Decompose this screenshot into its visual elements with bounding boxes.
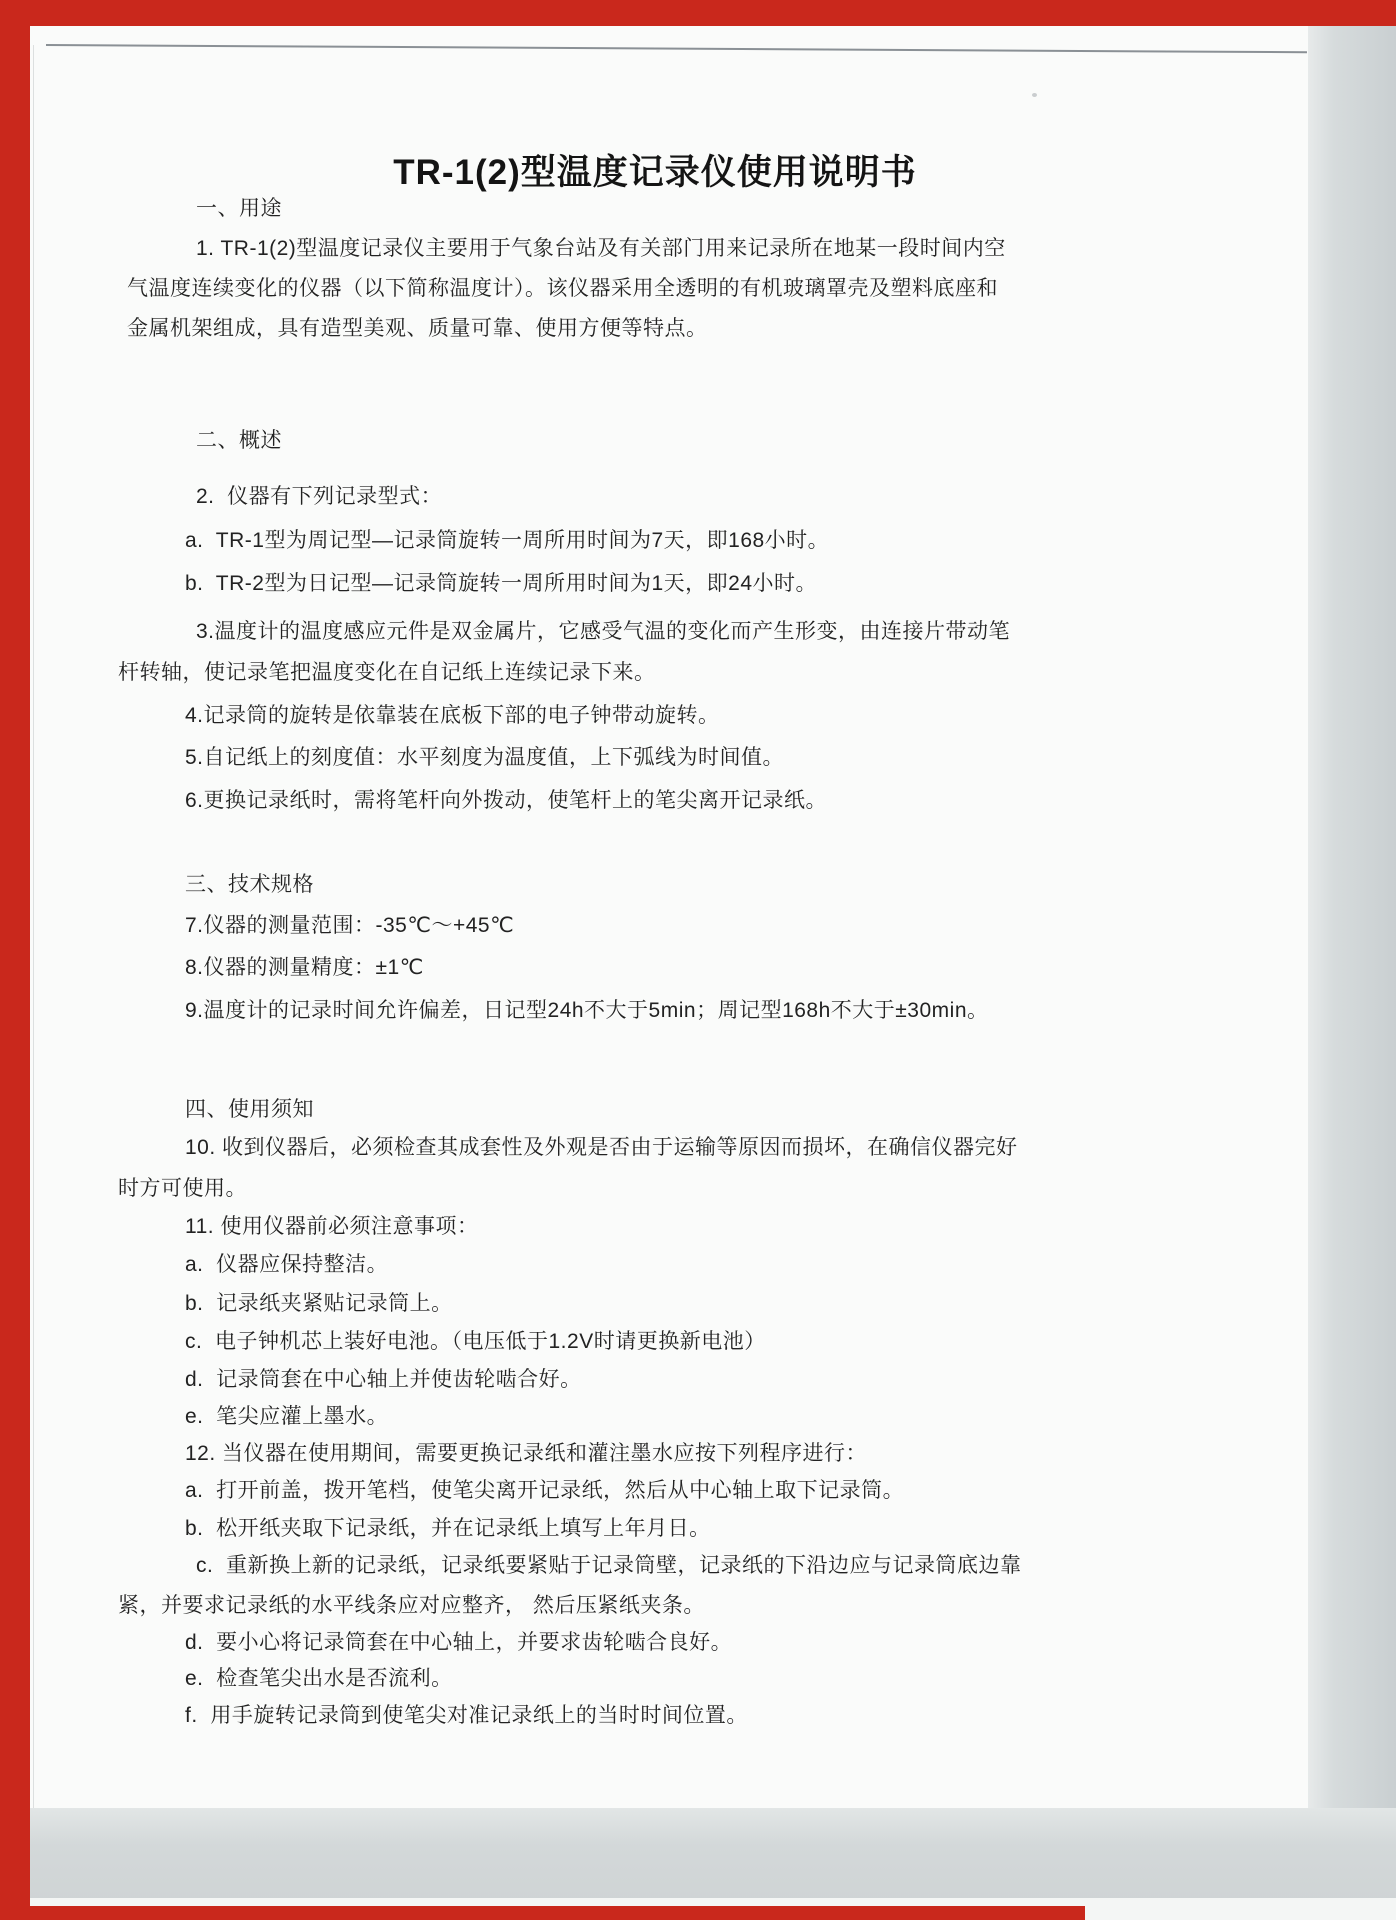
doc-line: e. 检查笔尖出水是否流利。 — [185, 1666, 453, 1692]
doc-line: 8.仪器的测量精度：±1℃ — [185, 955, 424, 981]
doc-line: f. 用手旋转记录筒到使笔尖对准记录纸上的当时时间位置。 — [185, 1703, 748, 1729]
scanned-document-page: TR-1(2)型温度记录仪使用说明书 一、用途 1. TR-1(2)型温度记录仪… — [0, 0, 1396, 1920]
paper-edge-line-left — [33, 45, 34, 1808]
doc-line: 12. 当仪器在使用期间，需要更换记录纸和灌注墨水应按下列程序进行： — [185, 1441, 867, 1467]
doc-line: a. TR-1型为周记型—记录筒旋转一周所用时间为7天，即168小时。 — [185, 528, 829, 554]
scan-red-edge-top — [0, 0, 1396, 26]
scan-red-edge-bottom — [0, 1906, 1085, 1920]
section-heading-overview: 二、概述 — [196, 428, 282, 454]
scanner-background-right — [1308, 0, 1396, 1920]
doc-line: 时方可使用。 — [118, 1176, 247, 1202]
doc-line: a. 打开前盖，拨开笔档，使笔尖离开记录纸，然后从中心轴上取下记录筒。 — [185, 1478, 904, 1504]
section-heading-specs: 三、技术规格 — [185, 872, 314, 898]
scanner-background-bottom — [0, 1808, 1396, 1902]
doc-line: b. TR-2型为日记型—记录筒旋转一周所用时间为1天，即24小时。 — [185, 571, 817, 597]
doc-line: 1. TR-1(2)型温度记录仪主要用于气象台站及有关部门用来记录所在地某一段时… — [196, 236, 1006, 262]
doc-line: 2. 仪器有下列记录型式： — [196, 484, 442, 510]
doc-line: c. 电子钟机芯上装好电池。（电压低于1.2V时请更换新电池） — [185, 1329, 766, 1355]
doc-line: 3.温度计的温度感应元件是双金属片，它感受气温的变化而产生形变，由连接片带动笔 — [196, 619, 1010, 645]
section-heading-notes: 四、使用须知 — [185, 1097, 314, 1123]
doc-line: a. 仪器应保持整洁。 — [185, 1252, 388, 1278]
doc-line: e. 笔尖应灌上墨水。 — [185, 1404, 388, 1430]
doc-line: 6.更换记录纸时，需将笔杆向外拨动，使笔杆上的笔尖离开记录纸。 — [185, 788, 827, 814]
doc-line: 4.记录筒的旋转是依靠装在底板下部的电子钟带动旋转。 — [185, 703, 720, 729]
doc-line: b. 记录纸夹紧贴记录筒上。 — [185, 1291, 453, 1317]
doc-line: b. 松开纸夹取下记录纸，并在记录纸上填写上年月日。 — [185, 1516, 711, 1542]
doc-line: 11. 使用仪器前必须注意事项： — [185, 1214, 478, 1240]
doc-line: 金属机架组成，具有造型美观、质量可靠、使用方便等特点。 — [127, 316, 708, 342]
doc-line: c. 重新换上新的记录纸，记录纸要紧贴于记录筒壁，记录纸的下沿边应与记录筒底边靠 — [196, 1553, 1022, 1579]
paper-edge-line-top — [46, 44, 1307, 53]
section-heading-usage: 一、用途 — [196, 196, 282, 222]
doc-line: 气温度连续变化的仪器（以下简称温度计）。该仪器采用全透明的有机玻璃罩壳及塑料底座… — [127, 276, 998, 302]
scan-speck — [1032, 93, 1037, 97]
doc-line: 7.仪器的测量范围：-35℃～+45℃ — [185, 913, 514, 939]
doc-line: 紧，并要求记录纸的水平线条应对应整齐， 然后压紧纸夹条。 — [118, 1593, 705, 1619]
doc-line: 杆转轴，使记录笔把温度变化在自记纸上连续记录下来。 — [118, 660, 656, 686]
doc-line: 10. 收到仪器后，必须检查其成套性及外观是否由于运输等原因而损坏，在确信仪器完… — [185, 1135, 1018, 1161]
doc-title: TR-1(2)型温度记录仪使用说明书 — [90, 145, 1220, 195]
doc-line: d. 要小心将记录筒套在中心轴上，并要求齿轮啮合良好。 — [185, 1630, 732, 1656]
doc-line: 5.自记纸上的刻度值：水平刻度为温度值，上下弧线为时间值。 — [185, 745, 784, 771]
doc-line: 9.温度计的记录时间允许偏差，日记型24h不大于5min；周记型168h不大于±… — [185, 998, 989, 1024]
scan-red-edge-left — [0, 0, 30, 1920]
doc-line: d. 记录筒套在中心轴上并使齿轮啮合好。 — [185, 1367, 582, 1393]
